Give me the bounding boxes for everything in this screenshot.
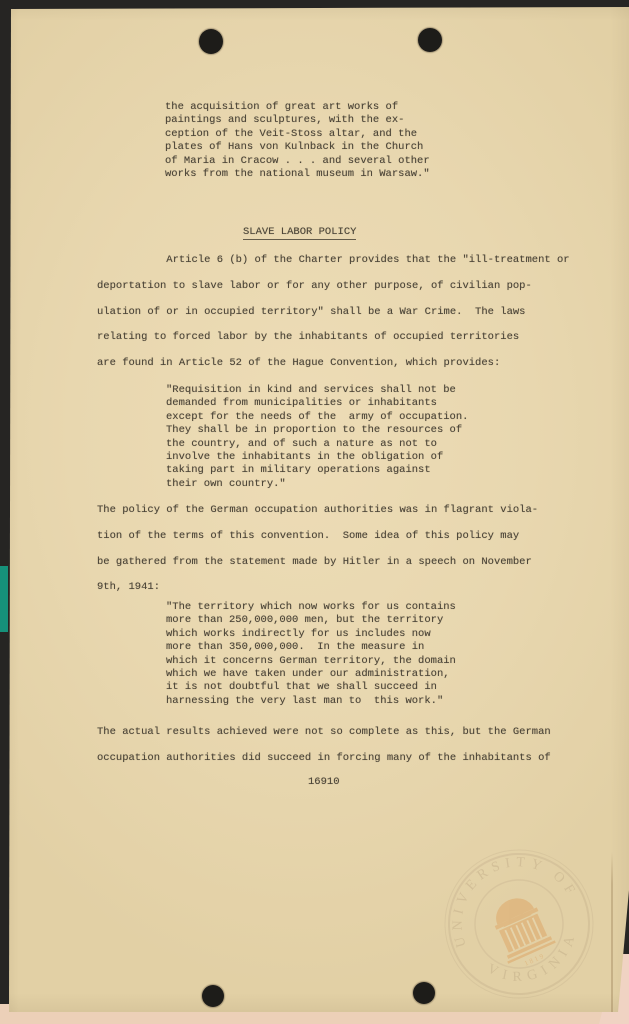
text-line: which works indirectly for us includes n… [166,628,456,641]
text-line: relating to forced labor by the inhabita… [97,325,570,351]
punch-hole-bottom-right [413,982,435,1004]
text-line: ulation of or in occupied territory" sha… [97,300,570,326]
text-line: the country, and of such a nature as not… [166,438,468,451]
text-line: occupation authorities did succeed in fo… [97,746,551,772]
punch-hole-bottom-left [202,985,224,1007]
text-line: 9th, 1941: [97,575,538,601]
quote-art-works: the acquisition of great art works of pa… [165,101,430,181]
text-line: harnessing the very last man to this wor… [166,695,456,708]
text-line: Article 6 (b) of the Charter provides th… [97,248,570,274]
paper-crease [611,852,613,1012]
text-line: The policy of the German occupation auth… [97,498,538,524]
section-heading-text: SLAVE LABOR POLICY [243,226,356,240]
paragraph-charter: Article 6 (b) of the Charter provides th… [97,248,570,377]
text-line: it is not doubtful that we shall succeed… [166,681,456,694]
text-line: are found in Article 52 of the Hague Con… [97,351,570,377]
text-line: tion of the terms of this convention. So… [97,524,538,550]
text-line: of Maria in Cracow . . . and several oth… [165,155,430,168]
text-line: deportation to slave labor or for any ot… [97,274,570,300]
text-line: involve the inhabitants in the obligatio… [166,451,468,464]
teal-bookmark-edge [0,566,8,632]
punch-hole-top-right [418,28,442,52]
text-line: demanded from municipalities or inhabita… [166,397,468,410]
text-line: their own country." [166,478,468,491]
text-line: be gathered from the statement made by H… [97,550,538,576]
section-heading: SLAVE LABOR POLICY [243,226,356,239]
text-line: "Requisition in kind and services shall … [166,384,468,397]
page-number: 16910 [308,776,340,789]
scanned-document: UNIVERSITY OF VIRGINIA [0,0,629,1024]
text-line: plates of Hans von Kulnback in the Churc… [165,141,430,154]
text-line: works from the national museum in Warsaw… [165,168,430,181]
text-line: taking part in military operations again… [166,464,468,477]
quote-hague-convention: "Requisition in kind and services shall … [166,384,468,491]
paragraph-results: The actual results achieved were not so … [97,720,551,772]
text-line: more than 350,000,000. In the measure in [166,641,456,654]
text-line: which we have taken under our administra… [166,668,456,681]
rotunda-icon [485,890,556,964]
text-line: except for the needs of the army of occu… [166,411,468,424]
document-page: UNIVERSITY OF VIRGINIA [0,0,629,1024]
text-line: the acquisition of great art works of [165,101,430,114]
text-line: "The territory which now works for us co… [166,601,456,614]
punch-hole-top-left [199,29,223,54]
text-line: more than 250,000,000 men, but the terri… [166,614,456,627]
quote-hitler-speech: "The territory which now works for us co… [166,601,456,708]
text-line: They shall be in proportion to the resou… [166,424,468,437]
text-line: The actual results achieved were not so … [97,720,551,746]
university-of-virginia-watermark: UNIVERSITY OF VIRGINIA [436,841,602,1007]
paragraph-policy: The policy of the German occupation auth… [97,498,538,601]
text-line: which it concerns German territory, the … [166,655,456,668]
text-line: paintings and sculptures, with the ex- [165,114,430,127]
text-line: ception of the Veit-Stoss altar, and the [165,128,430,141]
